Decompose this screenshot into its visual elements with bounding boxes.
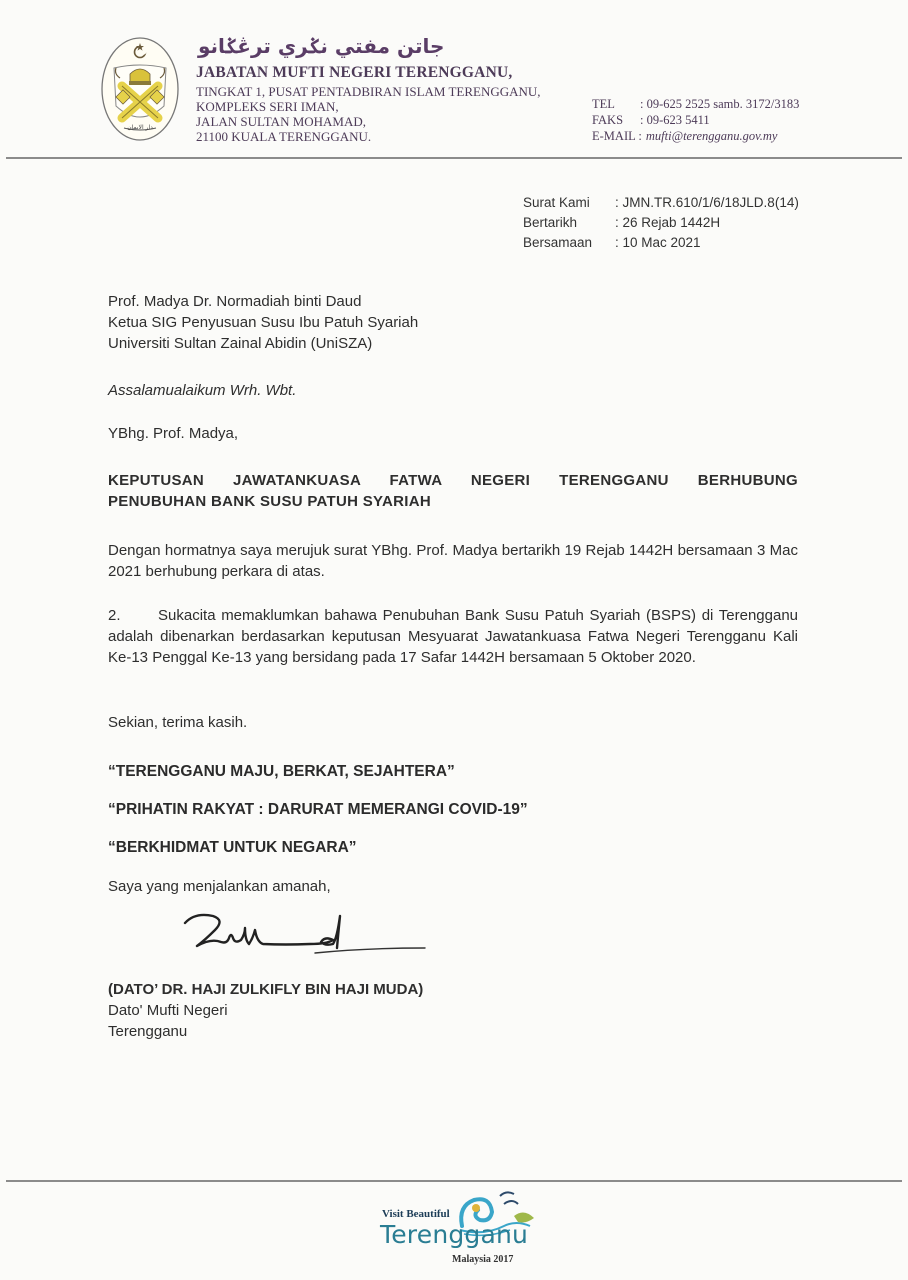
header-divider — [6, 157, 902, 159]
recipient-position: Ketua SIG Penyusuan Susu Ibu Patuh Syari… — [108, 312, 798, 333]
recipient-institution: Universiti Sultan Zainal Abidin (UniSZA) — [108, 333, 798, 354]
footer-divider — [6, 1180, 902, 1182]
paragraph-2-text: Sukacita memaklumkan bahawa Penubuhan Ba… — [108, 607, 798, 666]
address-line-4: 21100 KUALA TERENGGANU. — [196, 129, 371, 144]
address-line-3: JALAN SULTAN MOHAMAD, — [196, 114, 366, 129]
email-link[interactable]: mufti@terengganu.gov.my — [646, 128, 778, 144]
recipient-name: Prof. Madya Dr. Normadiah binti Daud — [108, 291, 798, 312]
tel-label: TEL — [592, 96, 640, 112]
tel-value: : 09-625 2525 samb. 3172/3183 — [640, 96, 799, 112]
signature-icon — [175, 908, 430, 958]
recipient-block: Prof. Madya Dr. Normadiah binti Daud Ket… — [108, 291, 798, 354]
reference-block: Surat Kami : JMN.TR.610/1/6/18JLD.8(14) … — [523, 193, 799, 253]
svg-text:دار الايمان: دار الايمان — [127, 124, 153, 131]
motto-3: “BERKHIDMAT UNTUK NEGARA” — [108, 837, 798, 858]
greeting: Assalamualaikum Wrh. Wbt. — [108, 380, 798, 401]
terengganu-state-crest-icon: دار الايمان — [100, 36, 180, 142]
ref-label: Surat Kami — [523, 193, 615, 213]
visit-label: Visit Beautiful — [382, 1208, 450, 1220]
date-gregorian-label: Bersamaan — [523, 233, 615, 253]
brand-wordmark: Terengganu — [380, 1220, 528, 1249]
subject-line-1: KEPUTUSAN JAWATANKUASA FATWA NEGERI TERE… — [108, 470, 798, 491]
paragraph-1: Dengan hormatnya saya merujuk surat YBhg… — [108, 540, 798, 582]
date-gregorian-value: : 10 Mac 2021 — [615, 233, 701, 253]
paragraph-number: 2. — [108, 605, 158, 626]
fax-value: : 09-623 5411 — [640, 112, 710, 128]
jawi-department-name: جاتن مفتي نݢري ترڠݢانو — [198, 34, 444, 58]
ref-value: : JMN.TR.610/1/6/18JLD.8(14) — [615, 193, 799, 213]
paragraph-2: 2.Sukacita memaklumkan bahawa Penubuhan … — [108, 605, 798, 668]
tagline: Malaysia 2017 — [452, 1254, 513, 1265]
signatory-title-1: Dato' Mufti Negeri — [108, 1000, 798, 1021]
address-line-2: KOMPLEKS SERI IMAN, — [196, 99, 339, 114]
subject-heading: KEPUTUSAN JAWATANKUASA FATWA NEGERI TERE… — [108, 470, 798, 512]
email-label: E-MAIL : — [592, 128, 642, 144]
date-hijri-value: : 26 Rejab 1442H — [615, 213, 720, 233]
motto-2: “PRIHATIN RAKYAT : DARURAT MEMERANGI COV… — [108, 799, 798, 820]
signatory-name: (DATO’ DR. HAJI ZULKIFLY BIN HAJI MUDA) — [108, 979, 798, 1000]
salutation: YBhg. Prof. Madya, — [108, 423, 798, 444]
fax-label: FAKS — [592, 112, 640, 128]
date-hijri-label: Bertarikh — [523, 213, 615, 233]
contact-block: TEL : 09-625 2525 samb. 3172/3183 FAKS :… — [592, 96, 799, 144]
signatory-title-2: Terengganu — [108, 1021, 798, 1042]
department-name: JABATAN MUFTI NEGERI TERENGGANU, — [196, 64, 512, 82]
address-line-1: TINGKAT 1, PUSAT PENTADBIRAN ISLAM TEREN… — [196, 84, 541, 99]
closing-line: Sekian, terima kasih. — [108, 712, 798, 733]
subject-line-2: PENUBUHAN BANK SUSU PATUH SYARIAH — [108, 493, 431, 510]
signoff-intro: Saya yang menjalankan amanah, — [108, 876, 798, 897]
visit-terengganu-logo: Visit Beautiful Terengganu Malaysia 2017 — [378, 1188, 538, 1272]
motto-1: “TERENGGANU MAJU, BERKAT, SEJAHTERA” — [108, 761, 798, 782]
